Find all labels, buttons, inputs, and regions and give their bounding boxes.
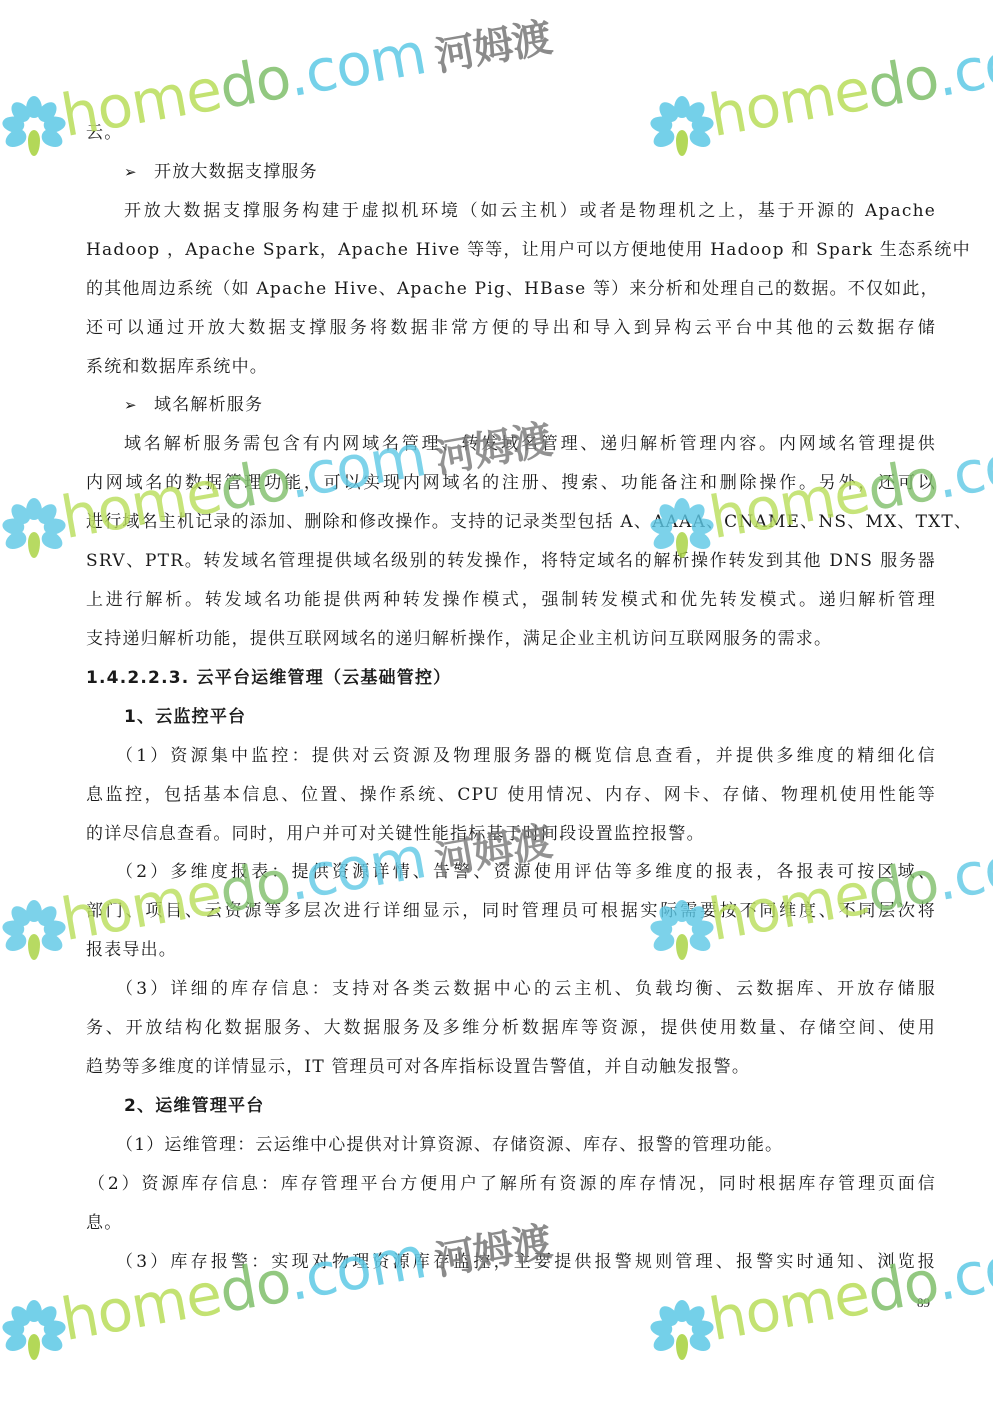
paragraph-line: （2）资源库存信息：库存管理平台方便用户了解所有资源的库存情况，同时根据库存管理… — [88, 1173, 936, 1195]
paragraph-line: 进行域名主机记录的添加、删除和修改操作。支持的记录类型包括 A、AAAA、CNA… — [86, 511, 936, 533]
watermark-text: homedo.com — [704, 19, 993, 150]
paragraph-line: （1）运维管理：云运维中心提供对计算资源、存储资源、库存、报警的管理功能。 — [116, 1134, 783, 1156]
watermark-text: homedo.com河姆渡 — [56, 1201, 555, 1354]
watermark-text: homedo.com — [704, 823, 993, 954]
document-page: 云。 ➢开放大数据支撑服务 开放大数据支撑服务构建于虚拟机环境（如云主机）或者是… — [0, 0, 993, 1403]
paragraph-line: 报表导出。 — [86, 939, 177, 961]
homedo-flower-logo-icon — [650, 1300, 714, 1364]
paragraph-line: 支持递归解析功能，提供互联网域名的递归解析操作，满足企业主机访问互联网服务的需求… — [86, 628, 832, 650]
watermark-text: homedo.com — [704, 1223, 993, 1354]
paragraph-line: SRV、PTR。转发域名管理提供域名级别的转发操作，将特定域名的解析操作转发到其… — [86, 550, 936, 572]
homedo-flower-logo-icon — [2, 96, 66, 160]
arrow-bullet-icon: ➢ — [124, 161, 154, 183]
bullet-heading-dns: ➢域名解析服务 — [124, 394, 263, 416]
bullet-label: 开放大数据支撑服务 — [154, 162, 318, 182]
page-number: 89 — [917, 1295, 930, 1311]
section-heading: 1.4.2.2.3. 云平台运维管理（云基础管控） — [86, 667, 451, 689]
arrow-bullet-icon: ➢ — [124, 394, 154, 416]
subsection-heading-ops: 2、运维管理平台 — [124, 1095, 264, 1117]
paragraph-line: 息。 — [86, 1212, 122, 1234]
paragraph-line: 趋势等多维度的详情显示，IT 管理员可对各库指标设置告警值，并自动触发报警。 — [86, 1056, 750, 1078]
bullet-heading-big-data: ➢开放大数据支撑服务 — [124, 161, 318, 183]
paragraph-line: 部门、项目、云资源等多层次进行详细显示，同时管理员可根据实际需要按不同维度、不同… — [86, 900, 936, 922]
watermark-text: homedo.com河姆渡 — [56, 0, 555, 150]
text-line-continuation: 云。 — [86, 122, 122, 144]
paragraph-line: 的详尽信息查看。同时，用户并可对关键性能指标基于时间段设置监控报警。 — [86, 823, 705, 845]
homedo-flower-logo-icon — [650, 96, 714, 160]
paragraph-line: （3）库存报警：实现对物理资源库存监控，主要提供报警规则管理、报警实时通知、浏览… — [116, 1251, 936, 1273]
paragraph-line: 开放大数据支撑服务构建于虚拟机环境（如云主机）或者是物理机之上，基于开源的 Ap… — [124, 200, 936, 222]
paragraph-line: 上进行解析。转发域名功能提供两种转发操作模式，强制转发模式和优先转发模式。递归解… — [86, 589, 936, 611]
paragraph-line: Hadoop ，Apache Spark，Apache Hive 等等，让用户可… — [86, 239, 936, 261]
paragraph-line: 域名解析服务需包含有内网域名管理、转发域名管理、递归解析管理内容。内网域名管理提… — [124, 433, 936, 455]
paragraph-line: （3）详细的库存信息：支持对各类云数据中心的云主机、负载均衡、云数据库、开放存储… — [116, 978, 936, 1000]
paragraph-line: 系统和数据库系统中。 — [86, 356, 268, 378]
paragraph-line: 的其他周边系统（如 Apache Hive、Apache Pig、HBase 等… — [86, 278, 936, 300]
paragraph-line: 还可以通过开放大数据支撑服务将数据非常方便的导出和导入到异构云平台中其他的云数据… — [86, 317, 936, 339]
paragraph-line: 内网域名的数据管理功能，可以实现内网域名的注册、搜索、功能备注和删除操作。另外，… — [86, 472, 936, 494]
paragraph-line: 务、开放结构化数据服务、大数据服务及多维分析数据库等资源，提供使用数量、存储空间… — [86, 1017, 936, 1039]
homedo-flower-logo-icon — [2, 1300, 66, 1364]
bullet-label: 域名解析服务 — [154, 395, 263, 415]
paragraph-line: （1）资源集中监控：提供对云资源及物理服务器的概览信息查看，并提供多维度的精细化… — [116, 745, 936, 767]
homedo-flower-logo-icon — [2, 900, 66, 964]
paragraph-line: （2）多维度报表：提供资源详情、告警、资源使用评估等多维度的报表，各报表可按区域… — [116, 861, 936, 883]
subsection-heading-monitoring: 1、云监控平台 — [124, 706, 246, 728]
homedo-flower-logo-icon — [2, 498, 66, 562]
paragraph-line: 息监控，包括基本信息、位置、操作系统、CPU 使用情况、内存、网卡、存储、物理机… — [86, 784, 936, 806]
